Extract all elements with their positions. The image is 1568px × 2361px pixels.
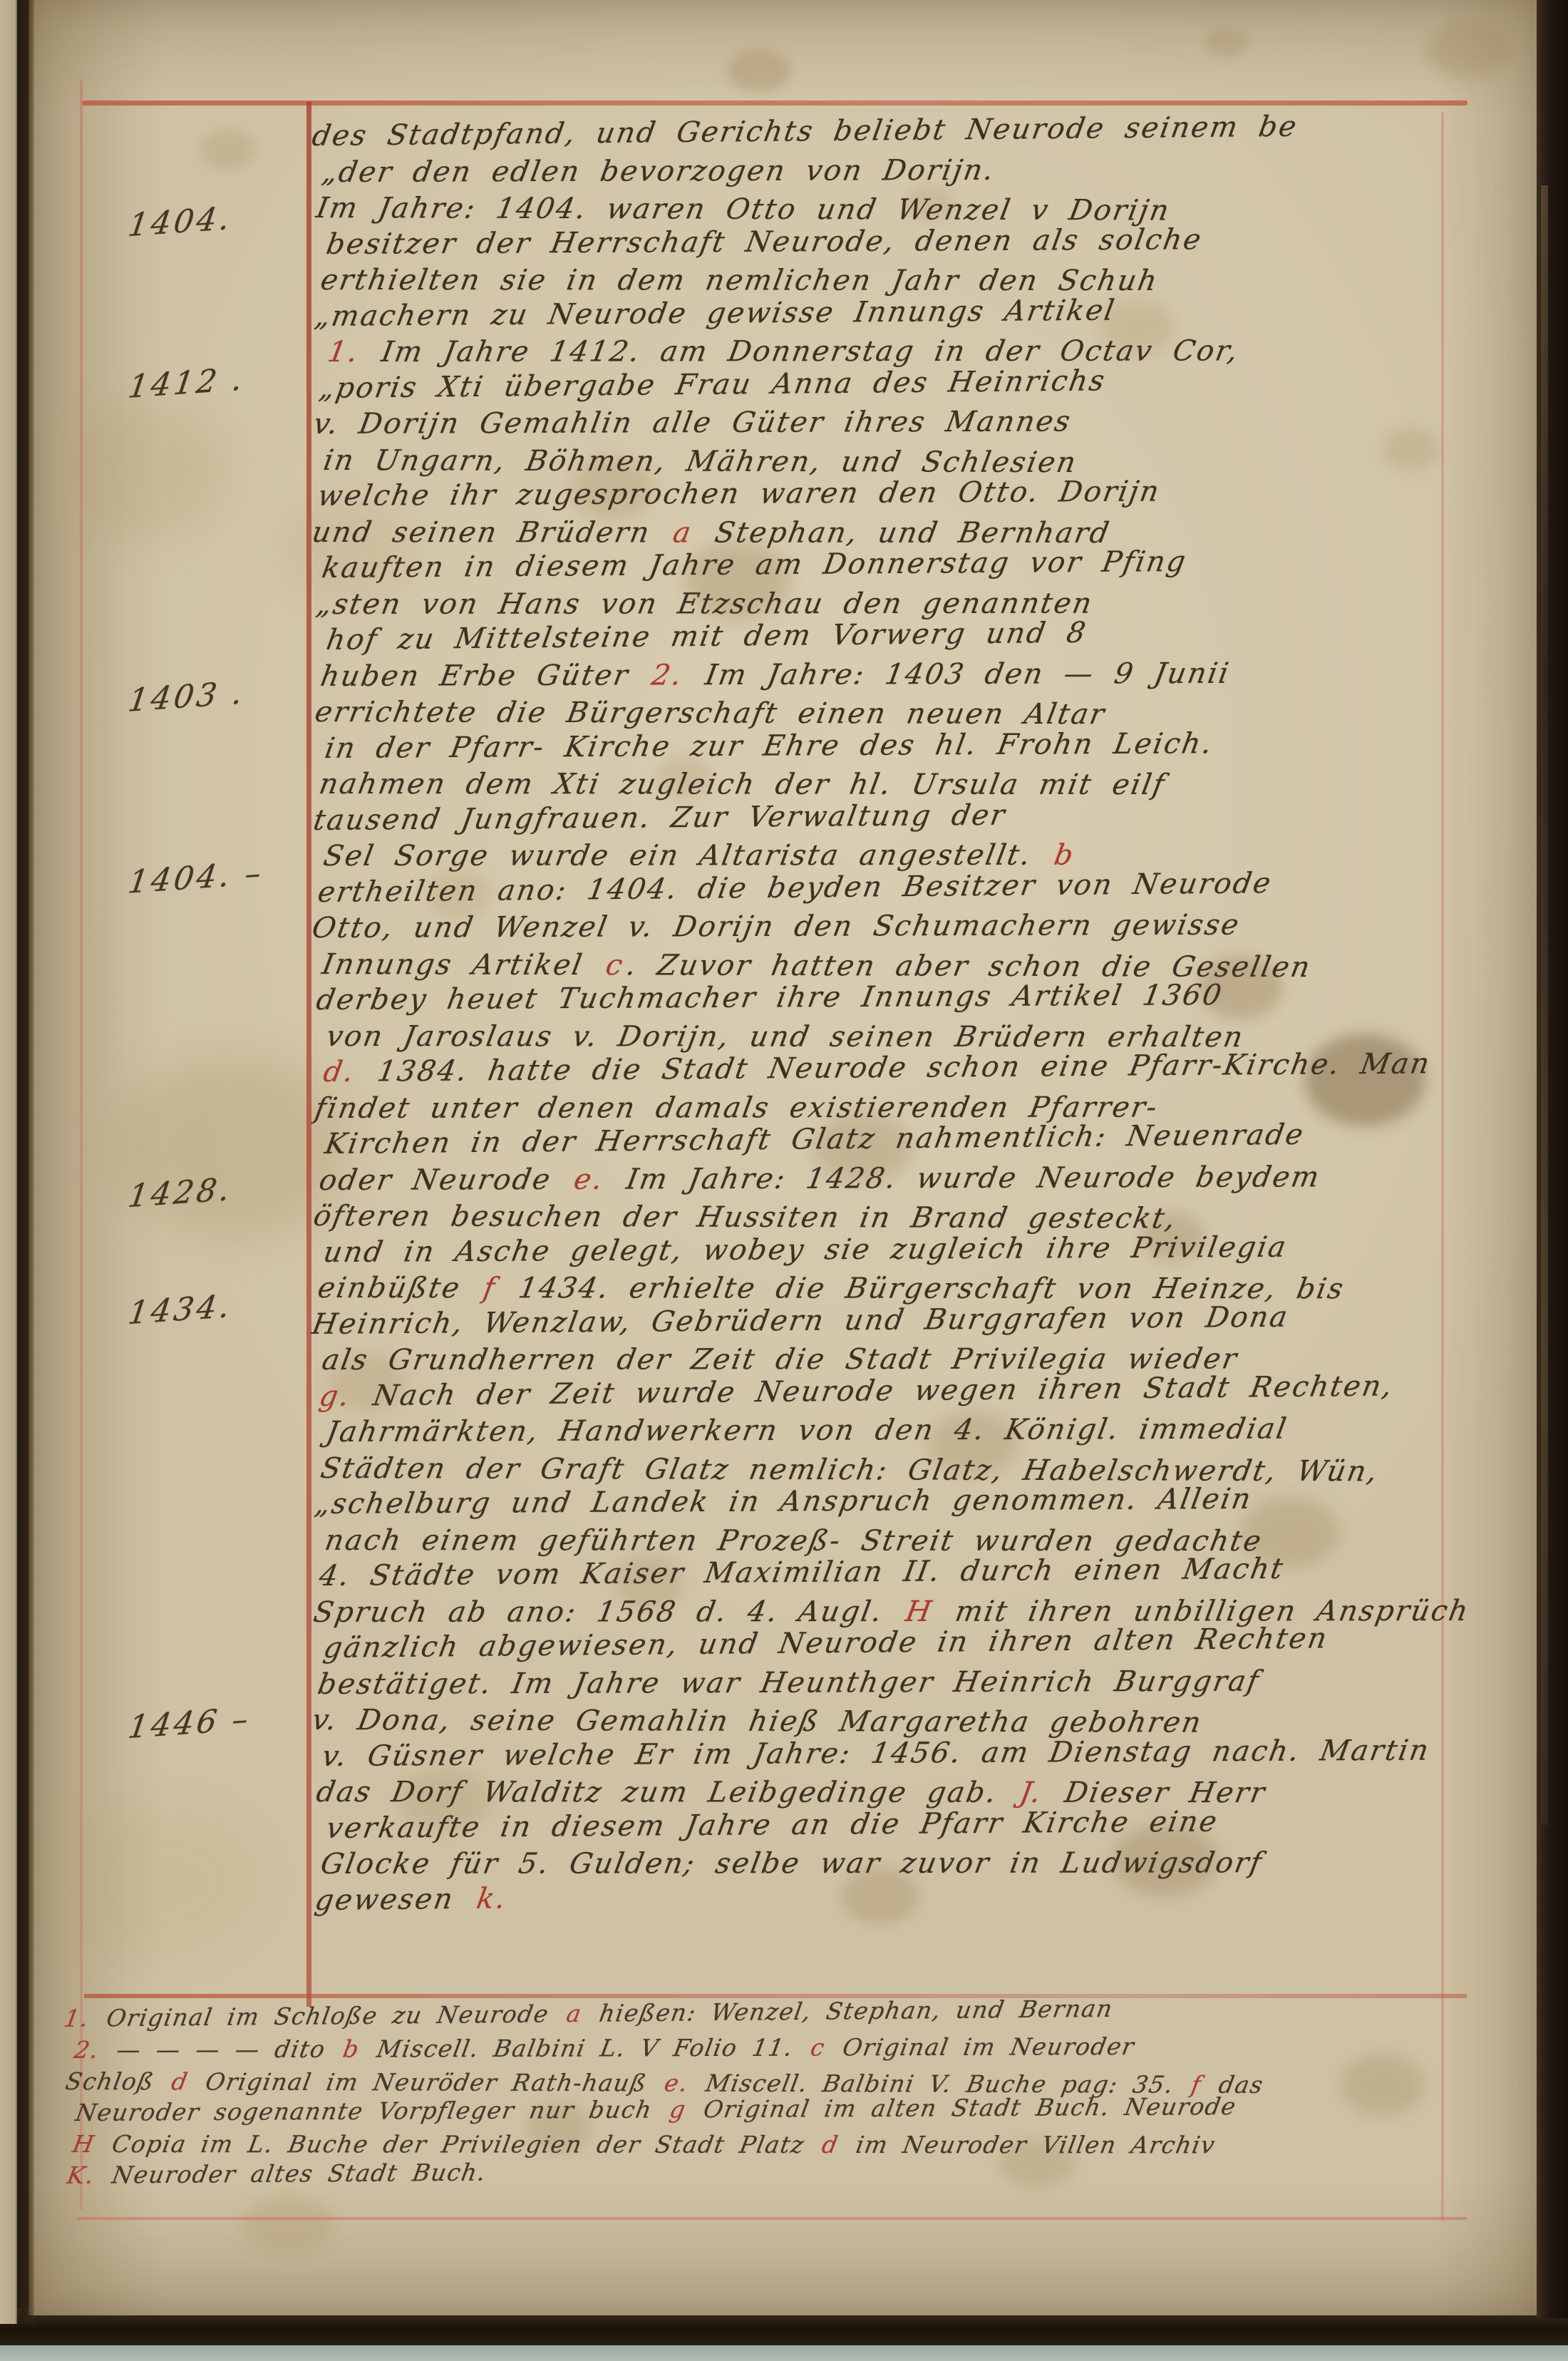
red-ink-reference-letter: 1. xyxy=(59,2005,94,2032)
manuscript-line: bestätiget. Im Jahre war Heunthger Heinr… xyxy=(315,1664,1455,1704)
ink-text: besitzer der Herrschaft Neurode, denen a… xyxy=(324,223,1205,261)
ink-text: Original im Schloße zu Neurode xyxy=(90,2000,567,2032)
stain-spot xyxy=(1205,29,1247,57)
red-ink-reference-letter: g. xyxy=(314,1379,356,1413)
manuscript-line: welche ihr zugesprochen waren den Otto. … xyxy=(315,473,1455,515)
ink-text: verkaufte in diesem Jahre an die Pfarr K… xyxy=(324,1805,1220,1844)
ink-text: hießen: Wenzel, Stephan, und Bernan xyxy=(582,1995,1115,2027)
manuscript-line: besitzer der Herrschaft Neurode, denen a… xyxy=(324,222,1463,264)
ink-text: Original im alten Stadt Buch. Neurode xyxy=(686,2092,1239,2123)
margin-year: 1446 – xyxy=(126,1701,254,1747)
margin-year: 1434. xyxy=(126,1288,235,1332)
manuscript-line: „schelburg und Landek in Anspruch genomm… xyxy=(312,1481,1452,1523)
binding-gutter-crease xyxy=(16,0,34,2324)
ink-text: Spruch ab ano: 1568 d. 4. Augl. xyxy=(311,1595,906,1628)
red-ink-reference-letter: e. xyxy=(569,1163,609,1195)
margin-column: 1404.1412 .1403 .1404. –1428.1434.1446 – xyxy=(100,0,306,1996)
manuscript-page-scan: 1404.1412 .1403 .1404. –1428.1434.1446 –… xyxy=(0,0,1568,2361)
manuscript-line: Jahrmärkten, Handwerkern von den 4. Köni… xyxy=(324,1412,1463,1452)
ink-text: Im Jahre: 1403 den — 9 Junii xyxy=(683,657,1233,691)
ink-text: öfteren besuchen der Hussiten in Brand g… xyxy=(311,1200,1180,1235)
ink-text: Copia im L. Buche der Privilegien der St… xyxy=(95,2130,822,2159)
red-ink-reference-letter: 1. xyxy=(322,336,364,369)
ink-text: und seinen Brüdern xyxy=(309,516,674,549)
ink-text: und in Asche gelegt, wobey sie zugleich … xyxy=(321,1230,1289,1268)
book-page-block-edge xyxy=(1537,0,1568,2318)
ink-text: derbey heuet Tuchmacher ihre Innungs Art… xyxy=(314,979,1225,1017)
footnote-line: 2. — — — — dito b Miscell. Balbini L. V … xyxy=(68,2031,1482,2067)
margin-year: 1412 . xyxy=(126,361,248,406)
margin-year: 1403 . xyxy=(126,674,248,719)
ink-text: welche ihr zugesprochen waren den Otto. … xyxy=(315,475,1162,513)
ink-text: bestätiget. Im Jahre war Heunthger Heinr… xyxy=(315,1665,1262,1700)
ink-text: Heinrich, Wenzlaw, Gebrüdern und Burggra… xyxy=(309,1300,1291,1340)
ink-text: „machern zu Neurode gewisse Innungs Arti… xyxy=(312,294,1118,332)
ink-text: das Dorf Walditz zum Leibgedinge gab. xyxy=(314,1776,1020,1809)
manuscript-line: huben Erbe Güter 2. Im Jahre: 1403 den —… xyxy=(318,656,1458,696)
red-ink-reference-letter: 2. xyxy=(646,659,688,691)
ink-text: huben Erbe Güter xyxy=(318,659,651,693)
ink-text: 1434. erhielte die Bürgerschaft von Hein… xyxy=(496,1272,1347,1305)
ink-text: errichtete die Bürgerschaft einen neuen … xyxy=(312,696,1108,731)
ink-text: hof zu Mittelsteine mit dem Vorwerg und … xyxy=(324,617,1090,657)
ink-text: Im Jahre 1412. am Donnerstag in der Octa… xyxy=(359,334,1242,369)
manuscript-line: und in Asche gelegt, wobey sie zugleich … xyxy=(321,1230,1460,1272)
manuscript-line: 4. Städte vom Kaiser Maximilian II. durc… xyxy=(316,1551,1455,1595)
red-ink-reference-letter: d. xyxy=(318,1056,360,1089)
ink-text: „schelburg und Landek in Anspruch genomm… xyxy=(312,1483,1254,1521)
ink-text: v. Dona, seine Gemahlin hieß Margaretha … xyxy=(309,1704,1205,1739)
stain-spot xyxy=(1425,21,1511,78)
manuscript-line: in der Pfarr- Kirche zur Ehre des hl. Fr… xyxy=(322,726,1462,768)
ink-text: — — — — dito xyxy=(100,2035,343,2064)
ink-text: Schloß xyxy=(63,2067,172,2095)
ink-text: Original im Neuroder xyxy=(825,2032,1137,2061)
ink-text: einbüßte xyxy=(315,1272,483,1305)
margin-year: 1428. xyxy=(126,1171,235,1215)
ink-text: tausend Jungfrauen. Zur Verwaltung der xyxy=(311,798,1009,836)
manuscript-line: kauften in diesem Jahre am Donnerstag vo… xyxy=(319,543,1458,587)
previous-page-edge xyxy=(0,0,17,2324)
ink-text: Sel Sorge wurde ein Altarista angestellt… xyxy=(321,839,1054,873)
stain-spot xyxy=(727,50,791,93)
red-ink-reference-letter: k. xyxy=(471,1882,512,1915)
manuscript-line: Otto, und Wenzel v. Dorijn den Schumache… xyxy=(309,908,1449,948)
ink-text: Neuroder sogenannte Vorpfleger nur buch xyxy=(73,2095,669,2126)
manuscript-line: v. Dorijn Gemahlin alle Güter ihres Mann… xyxy=(311,404,1450,444)
main-text-block: des Stadtpfand, und Gerichts beliebt Neu… xyxy=(319,120,1453,1920)
manuscript-line: v. Güsner welche Er im Jahre: 1456. am D… xyxy=(319,1734,1459,1776)
ink-text: von Jaroslaus v. Dorijn, und seinen Brüd… xyxy=(324,1020,1247,1054)
manuscript-line: d. 1384. hatte die Stadt Neurode schon e… xyxy=(318,1047,1457,1091)
ink-text: nach einem geführten Prozeß- Streit wurd… xyxy=(322,1524,1265,1558)
ink-text: 4. Städte vom Kaiser Maximilian II. durc… xyxy=(316,1553,1286,1593)
margin-year: 1404. – xyxy=(126,855,267,901)
ink-text: Miscell. Balbini L. V Folio 11. xyxy=(360,2034,810,2063)
ink-text: Innungs Artikel xyxy=(319,948,606,982)
ink-text: Original im Neuröder Rath-hauß xyxy=(188,2068,664,2097)
ink-text: kauften in diesem Jahre am Donnerstag vo… xyxy=(319,545,1190,585)
ink-text: gewesen xyxy=(313,1882,478,1916)
footnote-block: 1. Original im Schloße zu Neurode a hieß… xyxy=(68,2005,1476,2193)
manuscript-line: „der den edlen bevorzogen von Dorijn. xyxy=(319,152,1459,192)
red-ink-reference-letter: 2. xyxy=(69,2036,104,2064)
manuscript-line: derbey heuet Tuchmacher ihre Innungs Art… xyxy=(314,977,1453,1019)
manuscript-line: oder Neurode e. Im Jahre: 1428. wurde Ne… xyxy=(316,1160,1456,1200)
ink-text: nahmen dem Xti zugleich der hl. Ursula m… xyxy=(316,768,1168,801)
ink-text: oder Neurode xyxy=(316,1163,574,1196)
ink-text: „sten von Hans von Etzschau den genannte… xyxy=(314,587,1095,620)
ink-text: in der Pfarr- Kirche zur Ehre des hl. Fr… xyxy=(322,727,1215,765)
stain-spot xyxy=(242,2196,335,2253)
ink-text: als Grundherren der Zeit die Stadt Privi… xyxy=(319,1342,1240,1377)
ink-text: Im Jahre: 1428. wurde Neurode beydem xyxy=(604,1161,1323,1195)
ink-text: Im Jahre: 1404. waren Otto und Wenzel v … xyxy=(314,192,1173,227)
ink-text: Jahrmärkten, Handwerkern von den 4. Köni… xyxy=(324,1413,1290,1449)
ink-text: v. Güsner welche Er im Jahre: 1456. am D… xyxy=(319,1734,1433,1772)
margin-year: 1404. xyxy=(126,200,235,245)
ink-text: Glocke für 5. Gulden; selbe war zuvor in… xyxy=(318,1846,1265,1881)
red-ink-reference-letter: K. xyxy=(62,2161,100,2189)
red-ink-reference-letter: b xyxy=(1049,839,1080,872)
ink-text: findet unter denen damals existierenden … xyxy=(312,1091,1161,1124)
ink-text: „der den edlen bevorzogen von Dorijn. xyxy=(319,153,997,188)
ink-text: Otto, und Wenzel v. Dorijn den Schumache… xyxy=(309,909,1242,945)
ink-text: erthielten sie in dem nemlichen Jahr den… xyxy=(318,264,1161,297)
ink-text: Neuroder altes Stadt Buch. xyxy=(95,2159,488,2189)
ink-text: v. Dorijn Gemahlin alle Güter ihres Mann… xyxy=(311,405,1074,441)
ink-text: Stephan, und Bernhard xyxy=(692,516,1113,550)
footnote-line: Neuroder sogenannte Vorpfleger nur buch … xyxy=(73,2091,1485,2130)
ink-text: Dieser Herr xyxy=(1042,1776,1269,1809)
ink-text: in Ungarn, Böhmen, Mähren, und Schlesien xyxy=(321,444,1080,479)
